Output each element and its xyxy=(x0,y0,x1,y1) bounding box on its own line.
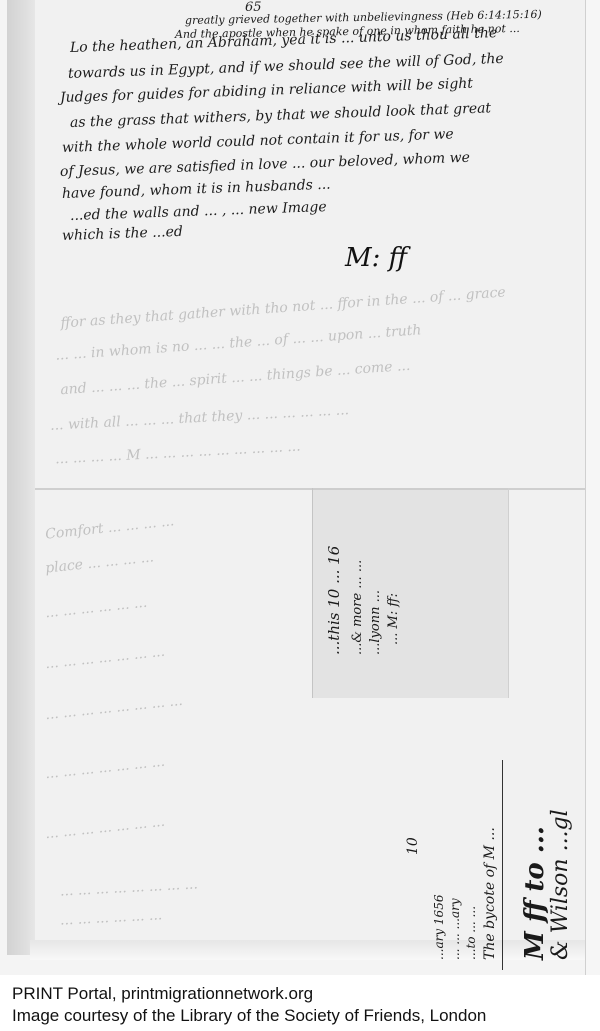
endorsement-line: ...this 10 ... 16 xyxy=(325,546,343,655)
address-line: M ff to ... xyxy=(520,826,550,960)
image-caption: PRINT Portal, printmigrationnetwork.org … xyxy=(12,983,486,1027)
margin-number: 10 xyxy=(405,837,421,855)
caption-credit: Image courtesy of the Library of the Soc… xyxy=(12,1005,486,1027)
endorsement-line: ... M: ff: xyxy=(386,593,401,645)
manuscript-scan: ffor as they that gather with tho not ..… xyxy=(0,0,600,975)
address-note: ... ... ...ary xyxy=(448,898,462,960)
page-edge xyxy=(585,0,600,975)
binding-margin xyxy=(7,0,37,955)
caption-source: PRINT Portal, printmigrationnetwork.org xyxy=(12,983,486,1005)
address-note: The bycote of M ... xyxy=(482,827,498,960)
address-note: ...ary 1656 xyxy=(432,895,446,960)
signature: M: ff xyxy=(345,243,407,273)
address-note: ...to ... ... xyxy=(464,906,478,960)
address-line: & Wilson ...gl xyxy=(548,809,573,960)
endorsement-line: ...& more ... ... xyxy=(350,560,365,655)
endorsement-line: ...lyonn ... xyxy=(368,590,383,655)
